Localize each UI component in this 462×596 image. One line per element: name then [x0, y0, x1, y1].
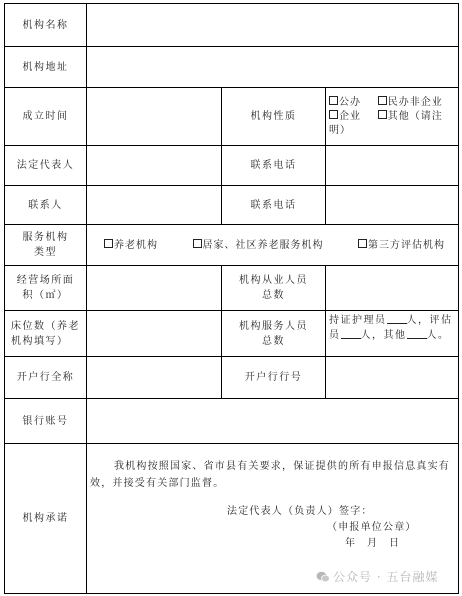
certified-nurses-blank[interactable] — [387, 313, 407, 324]
staff-total-label: 机构从业人员总数 — [222, 266, 326, 311]
org-address-label: 机构地址 — [5, 47, 87, 88]
bank-code-label: 开户行行号 — [222, 357, 326, 399]
org-name-field[interactable] — [87, 4, 459, 47]
row-legal-rep: 法定代表人 联系电话 — [5, 146, 459, 186]
service-type-option-home-community[interactable]: 居家、社区养老服务机构 — [193, 238, 324, 253]
bank-code-field[interactable] — [326, 357, 459, 399]
watermark: 公众号 · 五台融媒 — [316, 568, 438, 585]
row-contact: 联系人 联系电话 — [5, 186, 459, 225]
service-type-option-third-party[interactable]: 第三方评估机构 — [358, 238, 445, 253]
nature-option-enterprise[interactable]: 企业 — [329, 111, 361, 122]
legal-rep-phone-label: 联系电话 — [222, 146, 326, 186]
checkbox-icon[interactable] — [329, 110, 338, 119]
nature-option-public[interactable]: 公办 — [329, 97, 361, 108]
application-form: 机构名称 机构地址 成立时间 机构性质 公办 民办非企业 企业 其他（请注明） … — [4, 3, 459, 594]
legal-rep-label: 法定代表人 — [5, 146, 87, 186]
founded-field[interactable] — [87, 88, 222, 146]
beds-field[interactable] — [87, 311, 222, 357]
contact-label: 联系人 — [5, 186, 87, 225]
service-type-options: 养老机构 居家、社区养老服务机构 第三方评估机构 — [87, 225, 459, 266]
others-blank[interactable] — [407, 328, 427, 339]
contact-phone-field[interactable] — [326, 186, 459, 225]
area-label: 经营场所面积（㎡） — [5, 266, 87, 311]
nature-options: 公办 民办非企业 企业 其他（请注明） — [326, 88, 459, 146]
row-service-type: 服务机构类型 养老机构 居家、社区养老服务机构 第三方评估机构 — [5, 225, 459, 266]
checkbox-icon[interactable] — [329, 96, 338, 105]
founded-label: 成立时间 — [5, 88, 87, 146]
org-address-field[interactable] — [87, 47, 459, 88]
wechat-icon — [316, 571, 330, 583]
org-name-label: 机构名称 — [5, 4, 87, 47]
date-line: 年 月 日 — [345, 536, 400, 551]
bank-account-field[interactable] — [87, 399, 459, 444]
seal-line: （申报单位公章） — [327, 520, 417, 535]
row-founded: 成立时间 机构性质 公办 民办非企业 企业 其他（请注明） — [5, 88, 459, 146]
service-staff-breakdown: 持证护理员人，评估员人，其他人。 — [326, 311, 459, 357]
staff-total-field[interactable] — [326, 266, 459, 311]
row-org-name: 机构名称 — [5, 4, 459, 47]
contact-phone-label: 联系电话 — [222, 186, 326, 225]
nature-label: 机构性质 — [222, 88, 326, 146]
row-bank-name: 开户行全称 开户行行号 — [5, 357, 459, 399]
row-bank-account: 银行账号 — [5, 399, 459, 444]
service-type-option-elderly-institution[interactable]: 养老机构 — [104, 238, 158, 253]
bank-name-label: 开户行全称 — [5, 357, 87, 399]
area-field[interactable] — [87, 266, 222, 311]
contact-field[interactable] — [87, 186, 222, 225]
signature-line: 法定代表人（负责人）签字： — [227, 504, 373, 519]
service-type-label: 服务机构类型 — [5, 225, 87, 266]
assessors-blank[interactable] — [341, 328, 361, 339]
beds-label: 床位数（养老机构填写） — [5, 311, 87, 357]
checkbox-icon[interactable] — [104, 239, 113, 248]
watermark-text: 公众号 · 五台融媒 — [333, 568, 438, 585]
checkbox-icon[interactable] — [378, 96, 387, 105]
checkbox-icon[interactable] — [193, 239, 202, 248]
commitment-label: 机构承诺 — [5, 444, 87, 594]
service-staff-label: 机构服务人员总数 — [222, 311, 326, 357]
legal-rep-field[interactable] — [87, 146, 222, 186]
row-org-address: 机构地址 — [5, 47, 459, 88]
checkbox-icon[interactable] — [378, 110, 387, 119]
bank-account-label: 银行账号 — [5, 399, 87, 444]
row-area: 经营场所面积（㎡） 机构从业人员总数 — [5, 266, 459, 311]
row-beds: 床位数（养老机构填写） 机构服务人员总数 持证护理员人，评估员人，其他人。 — [5, 311, 459, 357]
legal-rep-phone-field[interactable] — [326, 146, 459, 186]
checkbox-icon[interactable] — [358, 239, 367, 248]
commitment-text: 我机构按照国家、省市县有关要求，保证提供的所有申报信息真实有效，并接受有关部门监… — [90, 458, 455, 492]
nature-option-private-nonprofit[interactable]: 民办非企业 — [378, 97, 443, 108]
bank-name-field[interactable] — [87, 357, 222, 399]
